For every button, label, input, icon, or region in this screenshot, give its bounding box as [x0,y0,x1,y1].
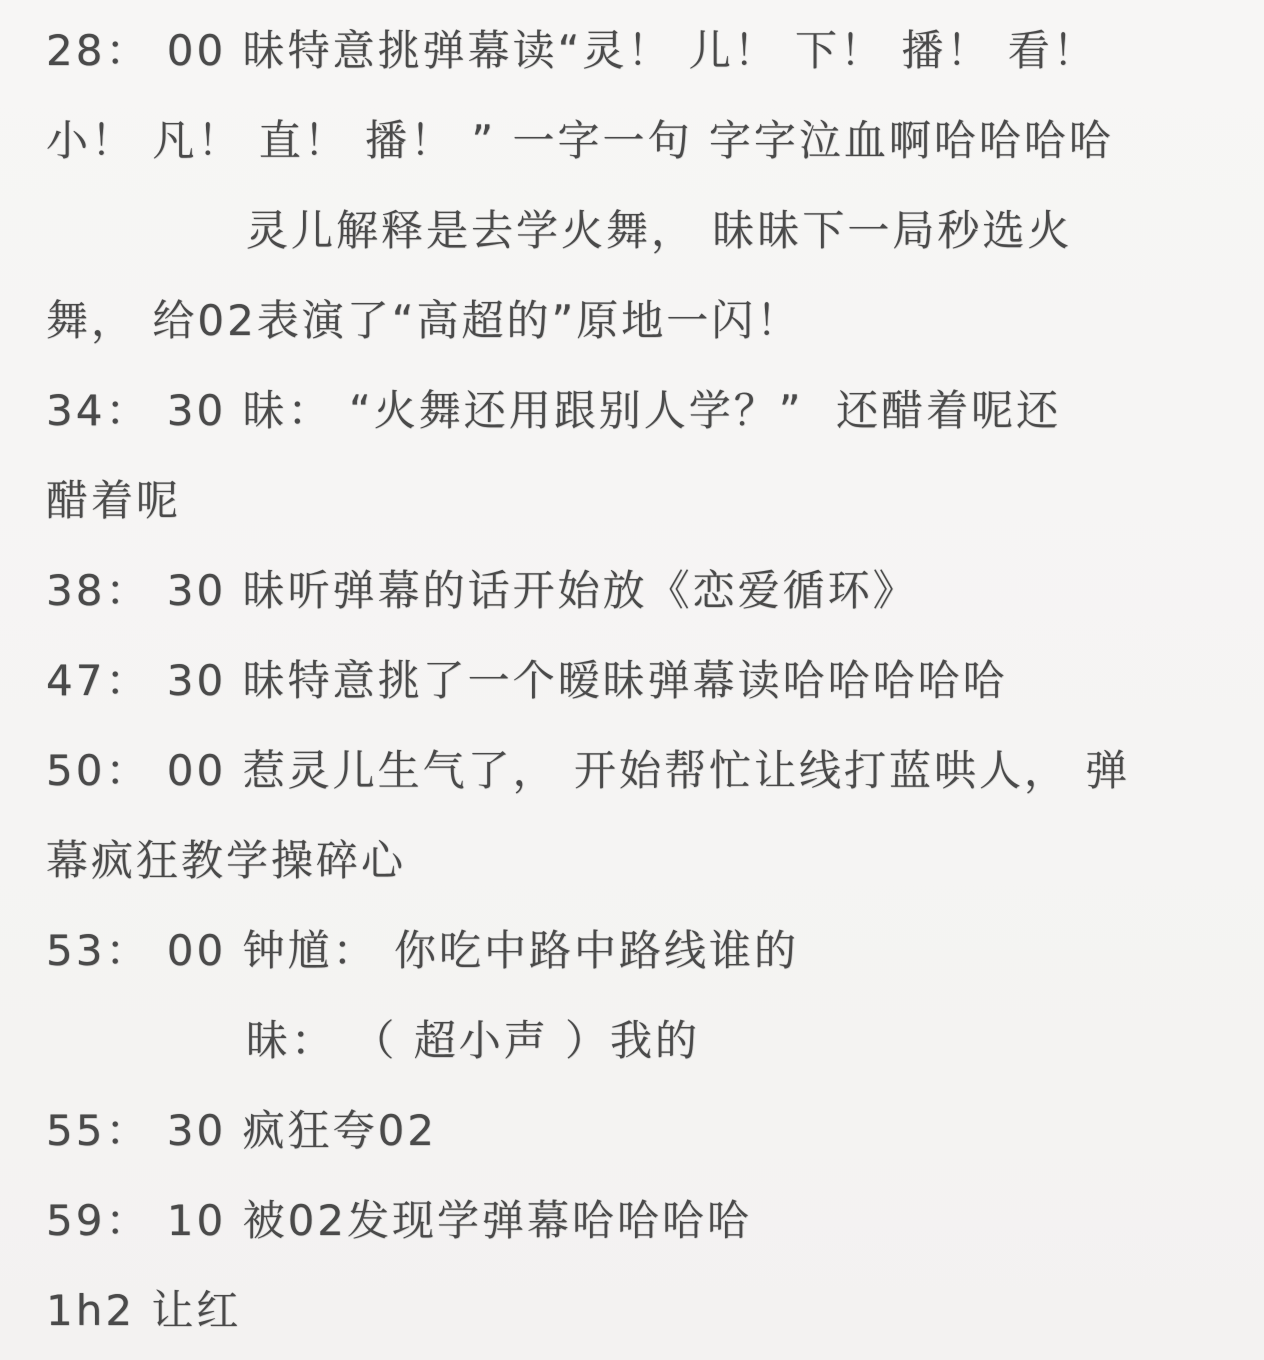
note-line-11: 53： 00 钟馗： 你吃中路中路线谁的 [46,906,1224,996]
note-line-5: 34： 30 昧： “火舞还用跟别人学？” 还醋着呢还 [46,366,1224,456]
note-line-14: 59： 10 被02发现学弹幕哈哈哈哈 [46,1176,1224,1266]
notes-page: 28： 00 昧特意挑弹幕读“灵！ 儿！ 下！ 播！ 看！ 小！ 凡！ 直！ 播… [0,0,1264,1360]
note-line-15: 1h2 让红 [46,1266,1224,1356]
note-line-8: 47： 30 昧特意挑了一个暧昧弹幕读哈哈哈哈哈 [46,636,1224,726]
note-line-10: 幕疯狂教学操碎心 [46,816,1224,906]
note-line-7: 38： 30 昧听弹幕的话开始放《恋爱循环》 [46,546,1224,636]
note-line-1: 28： 00 昧特意挑弹幕读“灵！ 儿！ 下！ 播！ 看！ [46,6,1224,96]
note-line-2: 小！ 凡！ 直！ 播！ ” 一字一句 字字泣血啊哈哈哈哈 [46,96,1224,186]
note-line-9: 50： 00 惹灵儿生气了， 开始帮忙让线打蓝哄人， 弹 [46,726,1224,816]
note-line-12: 昧： （ 超小声 ）我的 [246,996,1224,1086]
notes-document: 28： 00 昧特意挑弹幕读“灵！ 儿！ 下！ 播！ 看！ 小！ 凡！ 直！ 播… [0,0,1264,1356]
note-line-13: 55： 30 疯狂夸02 [46,1086,1224,1176]
note-line-6: 醋着呢 [46,456,1224,546]
note-line-3: 灵儿解释是去学火舞， 昧昧下一局秒选火 [246,186,1224,276]
note-line-4: 舞， 给02表演了“高超的”原地一闪！ [46,276,1224,366]
